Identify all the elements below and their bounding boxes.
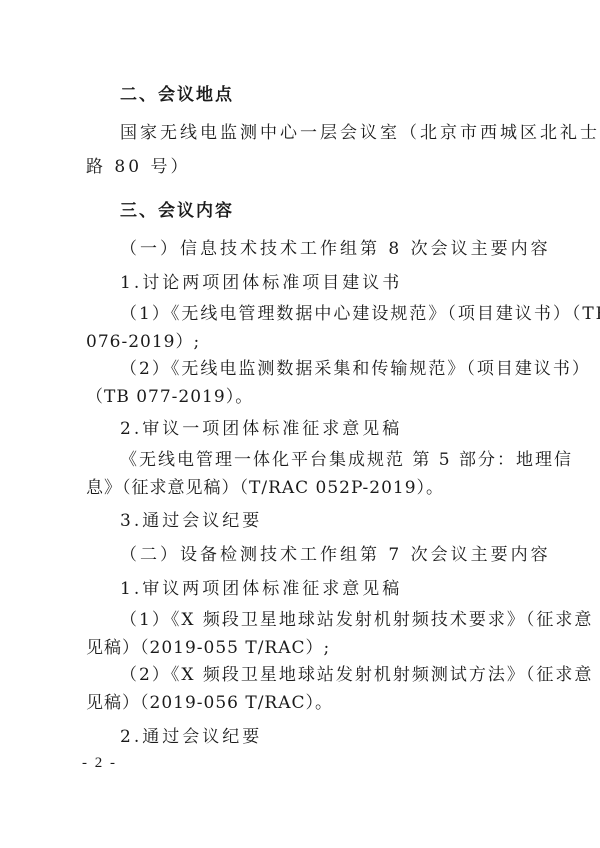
section-heading-content: 三、会议内容 bbox=[120, 200, 234, 222]
group2-item1-sub2-line2: 见稿）（2019-056 T/RAC）。 bbox=[86, 692, 333, 714]
group2-item1-sub1-line1: （1）《X 频段卫星地球站发射机射频技术要求》（征求意 bbox=[120, 609, 593, 631]
group1-item1-title: 1.讨论两项团体标准项目建议书 bbox=[120, 272, 402, 294]
group1-item1-sub2-line2: （TB 077-2019）。 bbox=[86, 386, 253, 408]
group1-item2-line2: 息》（征求意见稿）（T/RAC 052P-2019）。 bbox=[86, 477, 444, 499]
group1-item1-sub1-line1: （1）《无线电管理数据中心建设规范》（项目建议书）（TB bbox=[120, 303, 600, 325]
group1-item1-sub1-line2: 076-2019）; bbox=[86, 331, 200, 353]
group2-title: （二）设备检测技术工作组第 7 次会议主要内容 bbox=[120, 544, 551, 566]
group1-item2-line1: 《无线电管理一体化平台集成规范 第 5 部分：地理信 bbox=[120, 449, 573, 471]
location-line-2: 路 80 号） bbox=[86, 156, 190, 178]
group1-item1-sub2-line1: （2）《无线电监测数据采集和传输规范》（项目建议书） bbox=[120, 358, 591, 380]
group2-item1-title: 1.审议两项团体标准征求意见稿 bbox=[120, 578, 402, 600]
section-heading-location: 二、会议地点 bbox=[120, 84, 234, 106]
group2-item1-sub1-line2: 见稿）（2019-055 T/RAC）; bbox=[86, 637, 330, 659]
group1-title: （一）信息技术技术工作组第 8 次会议主要内容 bbox=[120, 238, 551, 260]
page-number: - 2 - bbox=[82, 755, 117, 772]
group1-item2-title: 2.审议一项团体标准征求意见稿 bbox=[120, 418, 402, 440]
group2-item1-sub2-line1: （2）《X 频段卫星地球站发射机射频测试方法》（征求意 bbox=[120, 664, 593, 686]
location-line-1: 国家无线电监测中心一层会议室（北京市西城区北礼士 bbox=[120, 122, 600, 144]
group2-item2-title: 2.通过会议纪要 bbox=[120, 726, 262, 748]
group1-item3-title: 3.通过会议纪要 bbox=[120, 510, 262, 532]
